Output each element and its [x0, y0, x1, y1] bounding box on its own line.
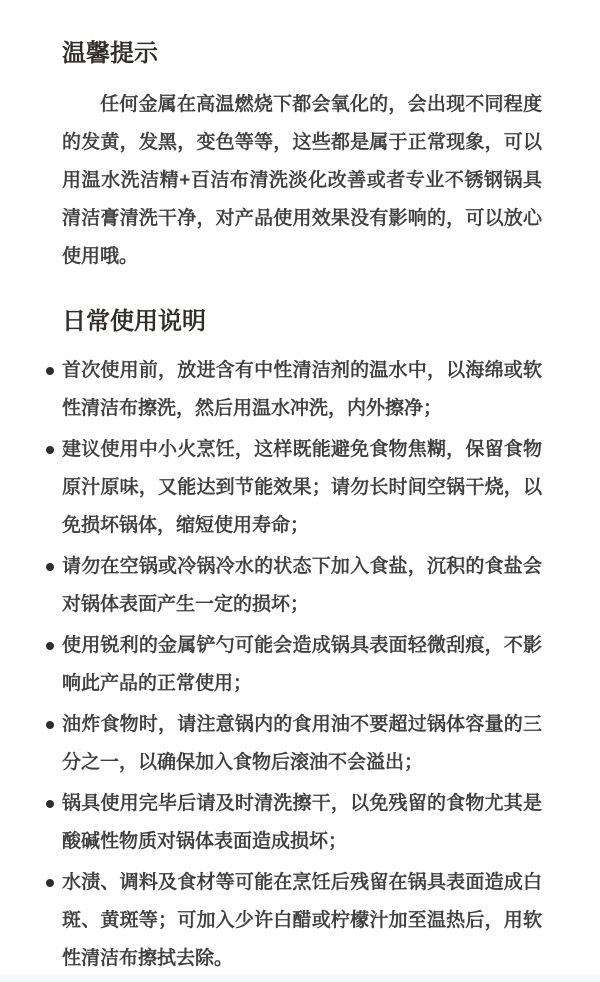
usage-list-item: 水渍、调料及食材等可能在烹饪后残留在锅具表面造成白斑、黄斑等；可加入少许白醋或柠… — [62, 864, 542, 978]
bullet-icon — [46, 800, 54, 808]
usage-item-text: 油炸食物时，请注意锅内的食用油不要超过锅体容量的三分之一，以确保加入食物后滚油不… — [62, 714, 542, 773]
bullet-icon — [46, 367, 54, 375]
usage-list-item: 请勿在空锅或冷锅冷水的状态下加入食盐，沉积的食盐会对锅体表面产生一定的损坏； — [62, 548, 542, 624]
warm-tips-title: 温馨提示 — [62, 40, 542, 68]
usage-item-text: 锅具使用完毕后请及时清洗擦干，以免残留的食物尤其是酸碱性物质对锅体表面造成损坏； — [62, 793, 542, 852]
bullet-icon — [46, 642, 54, 650]
usage-item-text: 建议使用中小火烹饪，这样既能避免食物焦糊，保留食物原汁原味，又能达到节能效果；请… — [62, 439, 542, 536]
footer-strip — [0, 974, 600, 982]
warm-tips-section: 温馨提示 任何金属在高温燃烧下都会氧化的，会出现不同程度的发黄，发黑，变色等等，… — [62, 40, 542, 276]
usage-item-text: 请勿在空锅或冷锅冷水的状态下加入食盐，沉积的食盐会对锅体表面产生一定的损坏； — [62, 556, 542, 615]
usage-item-text: 使用锐利的金属铲勺可能会造成锅具表面轻微刮痕，不影响此产品的正常使用； — [62, 635, 542, 694]
usage-list-item: 锅具使用完毕后请及时清洗擦干，以免残留的食物尤其是酸碱性物质对锅体表面造成损坏； — [62, 785, 542, 861]
usage-item-text: 首次使用前，放进含有中性清洁剂的温水中，以海绵或软性清洁布擦洗，然后用温水冲洗，… — [62, 360, 542, 419]
usage-list-item: 首次使用前，放进含有中性清洁剂的温水中，以海绵或软性清洁布擦洗，然后用温水冲洗，… — [62, 352, 542, 428]
usage-list-item: 建议使用中小火烹饪，这样既能避免食物焦糊，保留食物原汁原味，又能达到节能效果；请… — [62, 431, 542, 545]
daily-usage-section: 日常使用说明 首次使用前，放进含有中性清洁剂的温水中，以海绵或软性清洁布擦洗，然… — [62, 308, 542, 978]
usage-list-item: 使用锐利的金属铲勺可能会造成锅具表面轻微刮痕，不影响此产品的正常使用； — [62, 627, 542, 703]
usage-list-item: 油炸食物时，请注意锅内的食用油不要超过锅体容量的三分之一，以确保加入食物后滚油不… — [62, 706, 542, 782]
bullet-icon — [46, 721, 54, 729]
bullet-icon — [46, 446, 54, 454]
warm-tips-paragraph: 任何金属在高温燃烧下都会氧化的，会出现不同程度的发黄，发黑，变色等等，这些都是属… — [62, 86, 542, 276]
bullet-icon — [46, 563, 54, 571]
usage-item-text: 水渍、调料及食材等可能在烹饪后残留在锅具表面造成白斑、黄斑等；可加入少许白醋或柠… — [62, 872, 542, 969]
product-care-page: 温馨提示 任何金属在高温燃烧下都会氧化的，会出现不同程度的发黄，发黑，变色等等，… — [0, 0, 600, 982]
bullet-icon — [46, 879, 54, 887]
usage-instructions-list: 首次使用前，放进含有中性清洁剂的温水中，以海绵或软性清洁布擦洗，然后用温水冲洗，… — [62, 352, 542, 978]
daily-usage-title: 日常使用说明 — [62, 308, 542, 336]
